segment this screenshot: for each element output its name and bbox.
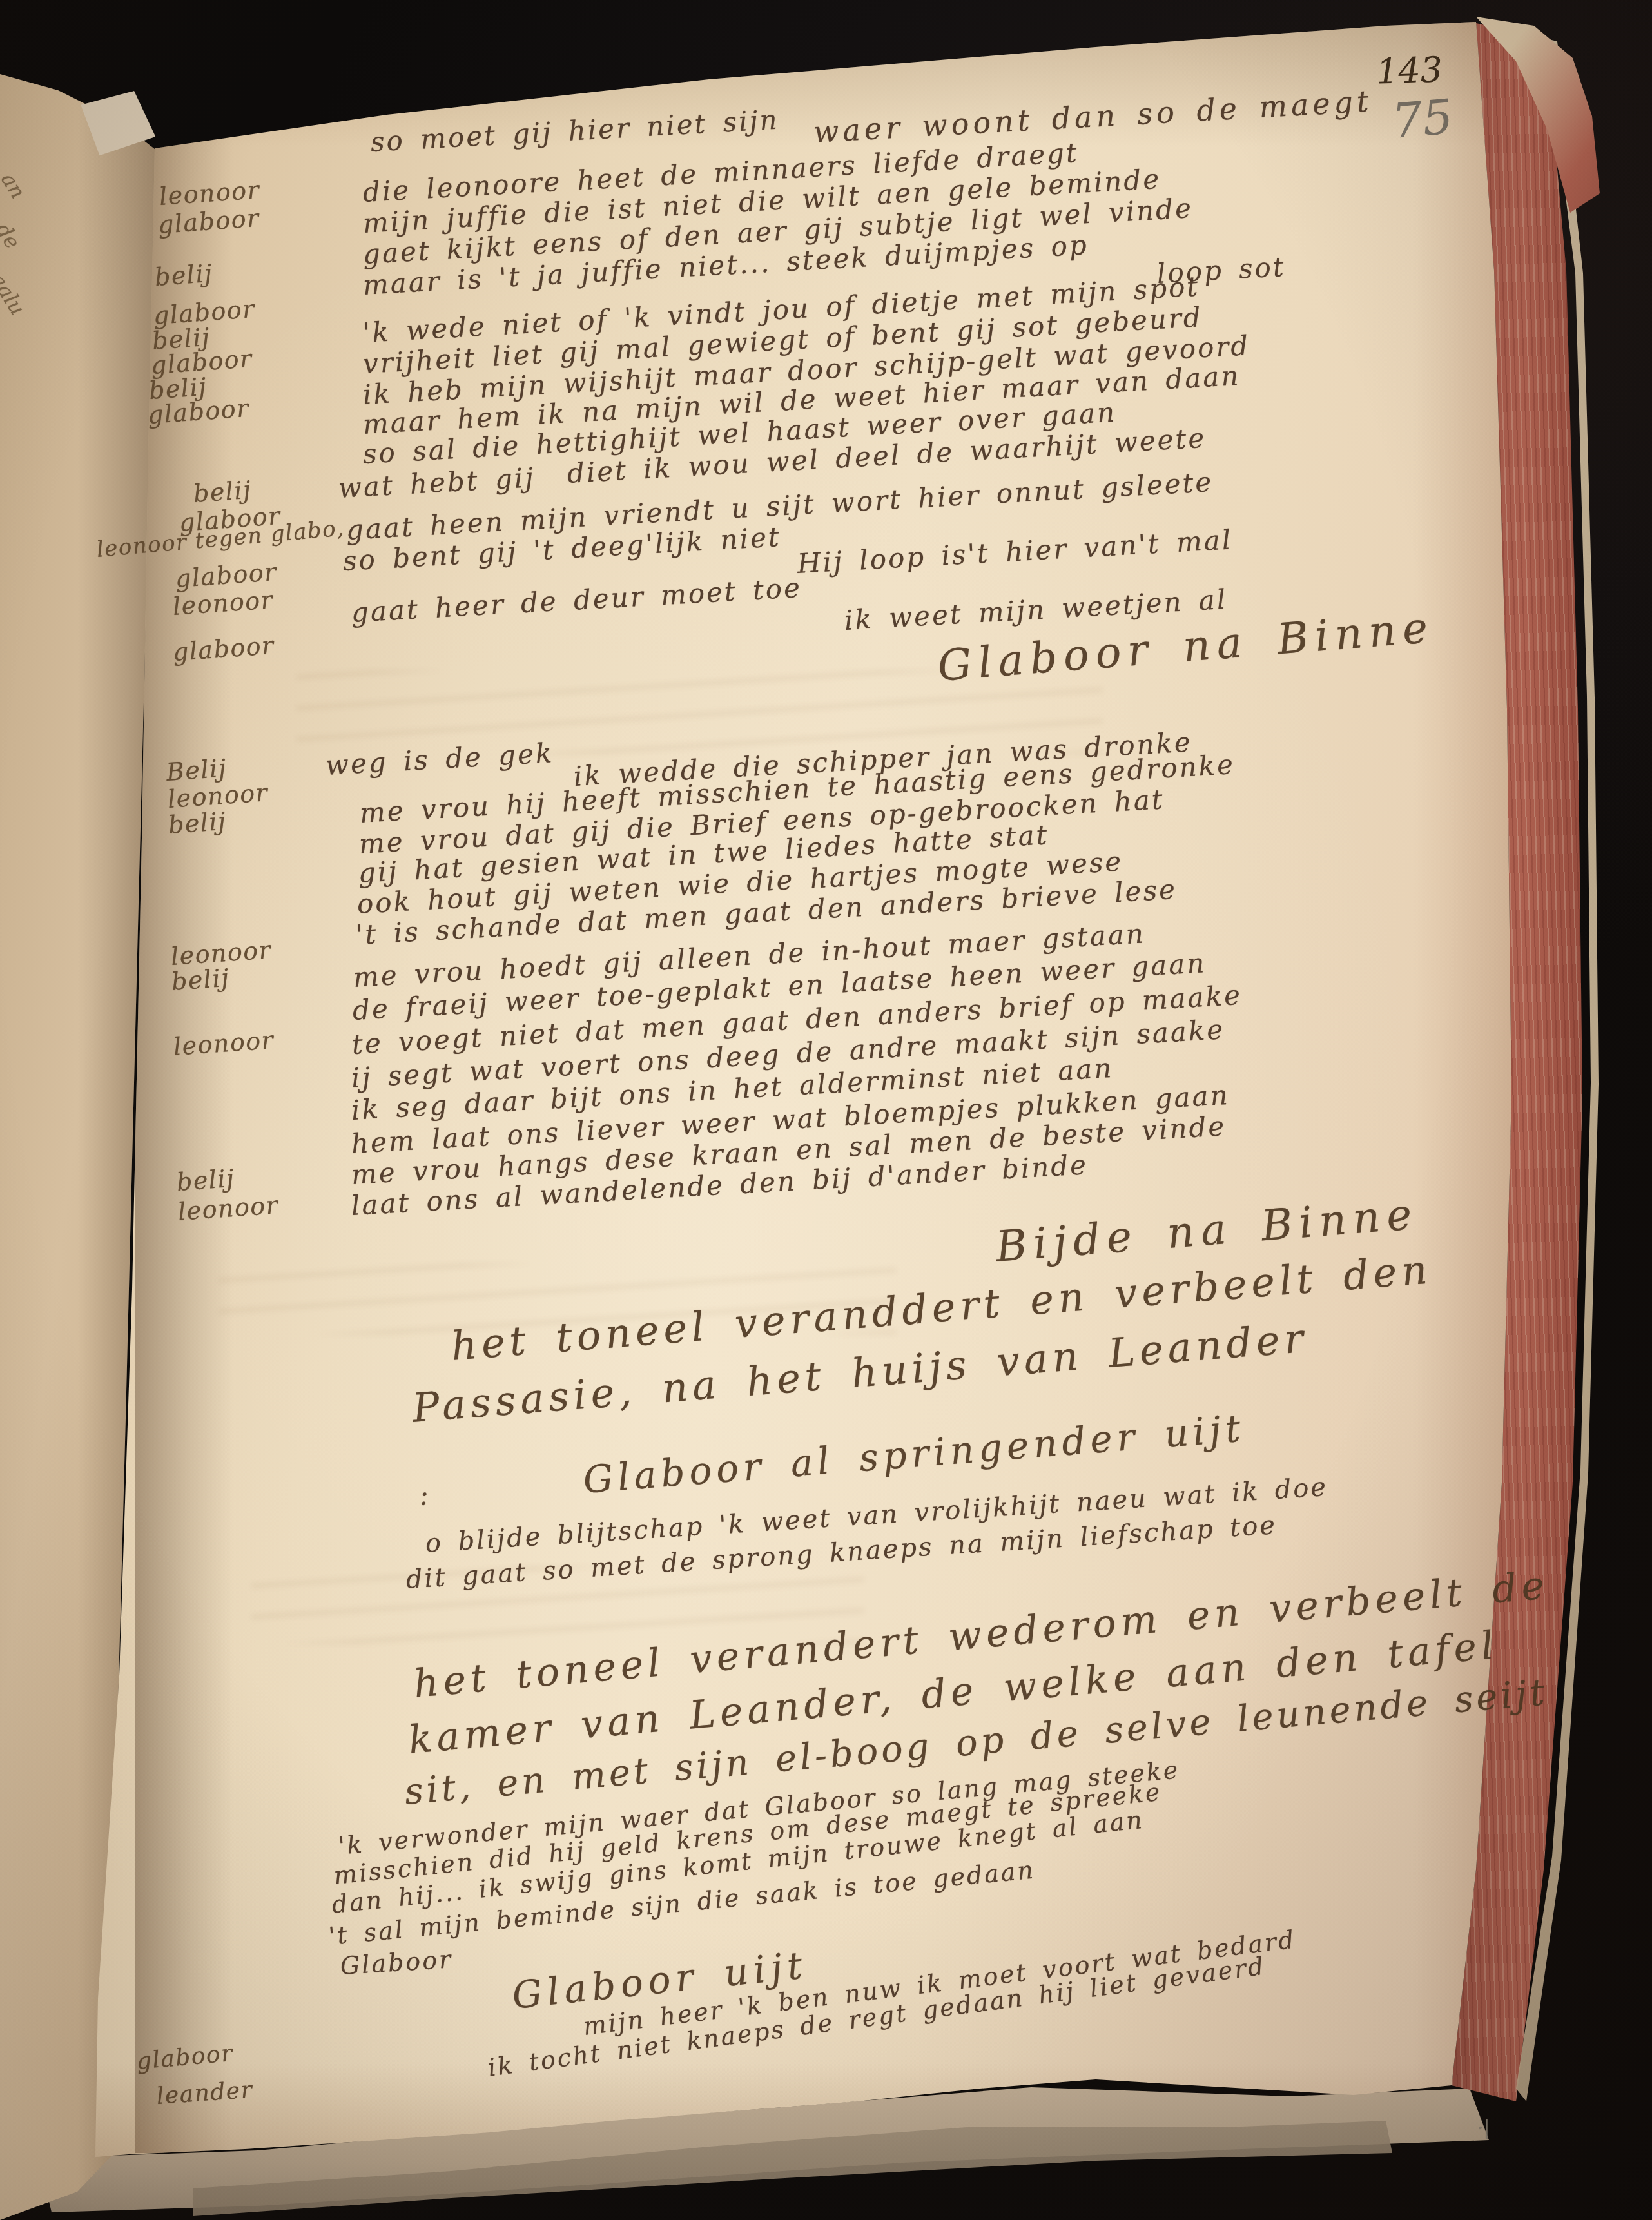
pencil-mark: ·| xyxy=(1477,2117,1490,2139)
photograph-scene: leonoorglaboorbelijglaboorbelijglaboorbe… xyxy=(0,0,1652,2220)
folio-number-pencil: 75 xyxy=(1390,89,1455,150)
annotations-layer: ·| xyxy=(0,0,1652,2220)
manuscript-photo: { "folio": { "ink": "143", "pencil": "75… xyxy=(0,0,1652,2220)
folio-number-ink: 143 xyxy=(1375,49,1443,92)
